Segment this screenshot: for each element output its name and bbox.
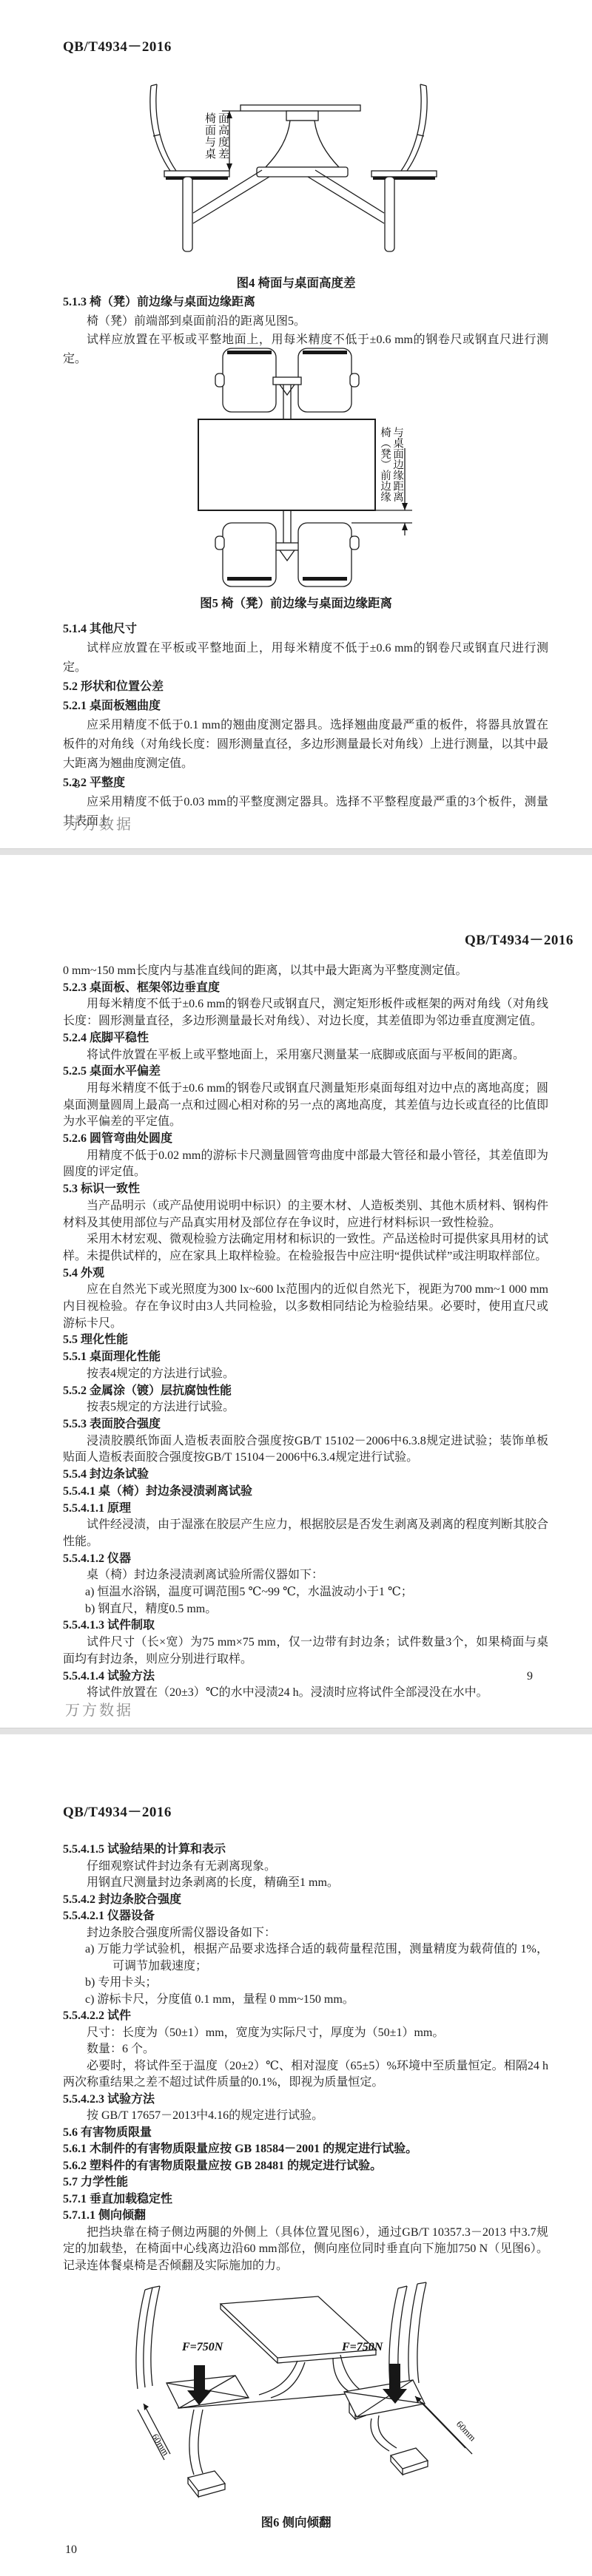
page-10: QB/T4934－2016 5.5.4.1.5 试验结果的计算和表示仔细观察试件… xyxy=(0,1734,592,2576)
section-heading: 5.2.4 底脚平稳性 xyxy=(63,1030,548,1047)
page-header-standard-number: QB/T4934－2016 xyxy=(63,1801,172,1821)
page-number: 10 xyxy=(65,2543,77,2557)
section-heading: 5.5.4.1.2 仪器 xyxy=(63,1551,548,1568)
paragraph: 仔细观察试件封边条有无剥离现象。 xyxy=(63,1859,548,1876)
section-heading: 5.5.4.2.3 试验方法 xyxy=(63,2092,548,2109)
section-heading: 5.7.1 垂直加载稳定性 xyxy=(63,2191,548,2208)
list-item: b) 钢直尺，精度0.5 mm。 xyxy=(85,1601,548,1618)
page-10-text: 5.5.4.1.5 试验结果的计算和表示仔细观察试件封边条有无剥离现象。用钢直尺… xyxy=(63,1842,548,2274)
section-heading: 5.5.4.2.2 试件 xyxy=(63,2008,548,2025)
section-heading: 5.6.1 木制件的有害物质限量应按 GB 18584－2001 的规定进行试验… xyxy=(63,2141,548,2158)
wanfang-data-watermark: 万方数据 xyxy=(65,812,133,834)
section-heading: 5.5.1 桌面理化性能 xyxy=(63,1349,548,1366)
figure-4-caption: 图4 椅面与桌面高度差 xyxy=(0,273,592,291)
paragraph: 按表4规定的方法进行试验。 xyxy=(63,1366,548,1383)
page-9: QB/T4934－2016 0 mm~150 mm长度内与基准直线间的距离，以其… xyxy=(0,855,592,1727)
section-heading: 5.1.4 其他尺寸 xyxy=(63,620,548,639)
paragraph: 采用木材宏观、微观检验方法确定用材和标识的一致性。产品送检时可提供家具用材的试样… xyxy=(63,1231,548,1265)
section-heading: 5.5.4.2.1 仪器设备 xyxy=(63,1908,548,1925)
paragraph: 试件尺寸（长×宽）为75 mm×75 mm，仅一边带有封边条；试件数量3个，如果… xyxy=(63,1634,548,1668)
paragraph: 数量：6 个。 xyxy=(63,2041,548,2058)
figure-4-drawing xyxy=(104,68,474,259)
section-heading: 5.5.4.2 封边条胶合强度 xyxy=(63,1892,548,1909)
paragraph: 试件经浸渍，由于湿涨在胶层产生应力，根据胶层是否发生剥离及剥离的程度判断其胶合性… xyxy=(63,1517,548,1550)
section-heading: 5.3 标识一致性 xyxy=(63,1181,548,1198)
section-heading: 5.5.4.1.4 试验方法 xyxy=(63,1669,548,1686)
figure-5-dimension-label: 椅（凳）前边缘与桌面边缘距离 xyxy=(378,427,403,511)
section-heading: 5.5.4.1.3 试件制取 xyxy=(63,1617,548,1634)
section-heading: 5.2.5 桌面水平偏差 xyxy=(63,1064,548,1081)
section-heading: 5.4 外观 xyxy=(63,1265,548,1282)
list-item: a) 恒温水浴锅，温度可调范围5 ℃~99 ℃，水温波动小于1 ℃； xyxy=(85,1584,548,1601)
paragraph: 用每米精度不低于±0.6 mm的钢卷尺或钢直尺测量矩形桌面每组对边中点的离地高度… xyxy=(63,1081,548,1131)
paragraph: 用精度不低于0.02 mm的游标卡尺测量圆管弯曲度中部最大管径和最小管径，其差值… xyxy=(63,1148,548,1181)
section-heading: 5.6.2 塑料件的有害物质限量应按 GB 28481 的规定进行试验。 xyxy=(63,2158,548,2175)
paragraph: 试样应放置在平板或平整地面上，用每米精度不低于±0.6 mm的钢卷尺或钢直尺进行… xyxy=(63,639,548,677)
wanfang-data-watermark: 万方数据 xyxy=(65,1698,133,1720)
section-heading: 5.5.4.1 桌（椅）封边条浸渍剥离试验 xyxy=(63,1484,548,1501)
paragraph: 0 mm~150 mm长度内与基准直线间的距离，以其中最大距离为平整度测定值。 xyxy=(63,963,548,980)
paragraph: 按 GB/T 17657－2013中4.16的规定进行试验。 xyxy=(63,2108,548,2125)
list-item: a) 万能力学试验机，根据产品要求选择合适的载荷量程范围，测量精度为载荷值的 1… xyxy=(85,1941,548,1975)
page-header-standard-number: QB/T4934－2016 xyxy=(63,36,172,55)
paragraph: 桌（椅）封边条浸渍剥离试验所需仪器如下： xyxy=(63,1567,548,1584)
paragraph: 当产品明示（或产品使用说明中标识）的主要木材、人造板类别、其他木质材料、钢构件材… xyxy=(63,1198,548,1231)
section-heading: 5.5.2 金属涂（镀）层抗腐蚀性能 xyxy=(63,1383,548,1400)
section-heading: 5.5.4.1.1 原理 xyxy=(63,1501,548,1518)
paragraph: 应在自然光下或光照度为300 lx~600 lx范围内的近似自然光下，视距为70… xyxy=(63,1282,548,1332)
page-number: 9 xyxy=(527,1670,533,1683)
figure-6-caption: 图6 侧向倾翻 xyxy=(0,2512,592,2530)
page-8: QB/T4934－2016 xyxy=(0,0,592,848)
section-heading: 5.2.3 桌面板、框架邻边垂直度 xyxy=(63,980,548,997)
page-header-standard-number: QB/T4934－2016 xyxy=(465,929,573,949)
section-heading: 5.2.2 平整度 xyxy=(63,774,548,793)
paragraph: 按表5规定的方法进行试验。 xyxy=(63,1399,548,1416)
page-number: 8 xyxy=(74,778,80,791)
force-label-right: F=750N xyxy=(341,2341,384,2353)
section-heading: 5.7.1.1 侧向倾翻 xyxy=(63,2208,548,2225)
page-9-text: 0 mm~150 mm长度内与基准直线间的距离，以其中最大距离为平整度测定值。5… xyxy=(63,963,548,1702)
figure-4-dimension-label: 椅面与桌面高度差 xyxy=(203,112,229,166)
paragraph: 尺寸：长度为（50±1）mm，宽度为实际尺寸，厚度为（50±1）mm。 xyxy=(63,2025,548,2042)
section-heading: 5.5.4.1.5 试验结果的计算和表示 xyxy=(63,1842,548,1859)
section-heading: 5.2.1 桌面板翘曲度 xyxy=(63,697,548,716)
paragraph: 应采用精度不低于0.03 mm的平整度测定器具。选择不平整程度最严重的3个板件，… xyxy=(63,793,548,831)
paragraph: 应采用精度不低于0.1 mm的翘曲度测定器具。选择翘曲度最严重的板件，将器具放置… xyxy=(63,716,548,774)
force-label-left: F=750N xyxy=(181,2341,224,2353)
paragraph: 封边条胶合强度所需仪器设备如下： xyxy=(63,1925,548,1942)
paragraph: 把挡块靠在椅子侧边两腿的外侧上（具体位置见图6），通过GB/T 10357.3－… xyxy=(63,2225,548,2275)
page-8-text-lower: 5.1.4 其他尺寸试样应放置在平板或平整地面上，用每米精度不低于±0.6 mm… xyxy=(63,620,548,831)
section-heading: 5.2 形状和位置公差 xyxy=(63,677,548,697)
section-heading: 5.2.6 圆管弯曲处圆度 xyxy=(63,1131,548,1148)
section-heading: 5.7 力学性能 xyxy=(63,2174,548,2191)
paragraph: 浸渍胶膜纸饰面人造板表面胶合强度按GB/T 15102－2006中6.3.8规定… xyxy=(63,1433,548,1467)
paragraph: 将试件放置在平板上或平整地面上，采用塞尺测量某一底脚或底面与平板间的距离。 xyxy=(63,1047,548,1064)
section-heading: 5.6 有害物质限量 xyxy=(63,2125,548,2142)
figure-6-drawing: F=750N F=750N 60mm 60mm xyxy=(111,2279,496,2510)
section-heading: 5.5.4 封边条试验 xyxy=(63,1467,548,1484)
list-item: b) 专用卡头； xyxy=(85,1975,548,1992)
scanned-standard-document: QB/T4934－2016 xyxy=(0,0,592,2576)
paragraph: 将试件放置在（20±3）℃的水中浸渍24 h。浸渍时应将试件全部浸没在水中。 xyxy=(63,1685,548,1702)
paragraph: 椅（凳）前端部到桌面前沿的距离见图5。 xyxy=(63,312,548,331)
figure-5-caption: 图5 椅（凳）前边缘与桌面边缘距离 xyxy=(0,593,592,611)
paragraph: 用钢直尺测量封边条剥离的长度，精确至1 mm。 xyxy=(63,1875,548,1892)
section-heading: 5.5 理化性能 xyxy=(63,1332,548,1349)
paragraph: 用每米精度不低于±0.6 mm的钢卷尺或钢直尺，测定矩形板件或框架的两对角线（对… xyxy=(63,996,548,1030)
paragraph: 必要时，将试件至于温度（20±2）℃、相对湿度（65±5）%环境中至质量恒定。相… xyxy=(63,2058,548,2092)
section-heading: 5.1.3 椅（凳）前边缘与桌面边缘距离 xyxy=(63,293,548,312)
dimension-label-left: 60mm xyxy=(149,2432,171,2458)
section-heading: 5.5.3 表面胶合强度 xyxy=(63,1416,548,1433)
list-item: c) 游标卡尺，分度值 0.1 mm，量程 0 mm~150 mm。 xyxy=(85,1992,548,2009)
